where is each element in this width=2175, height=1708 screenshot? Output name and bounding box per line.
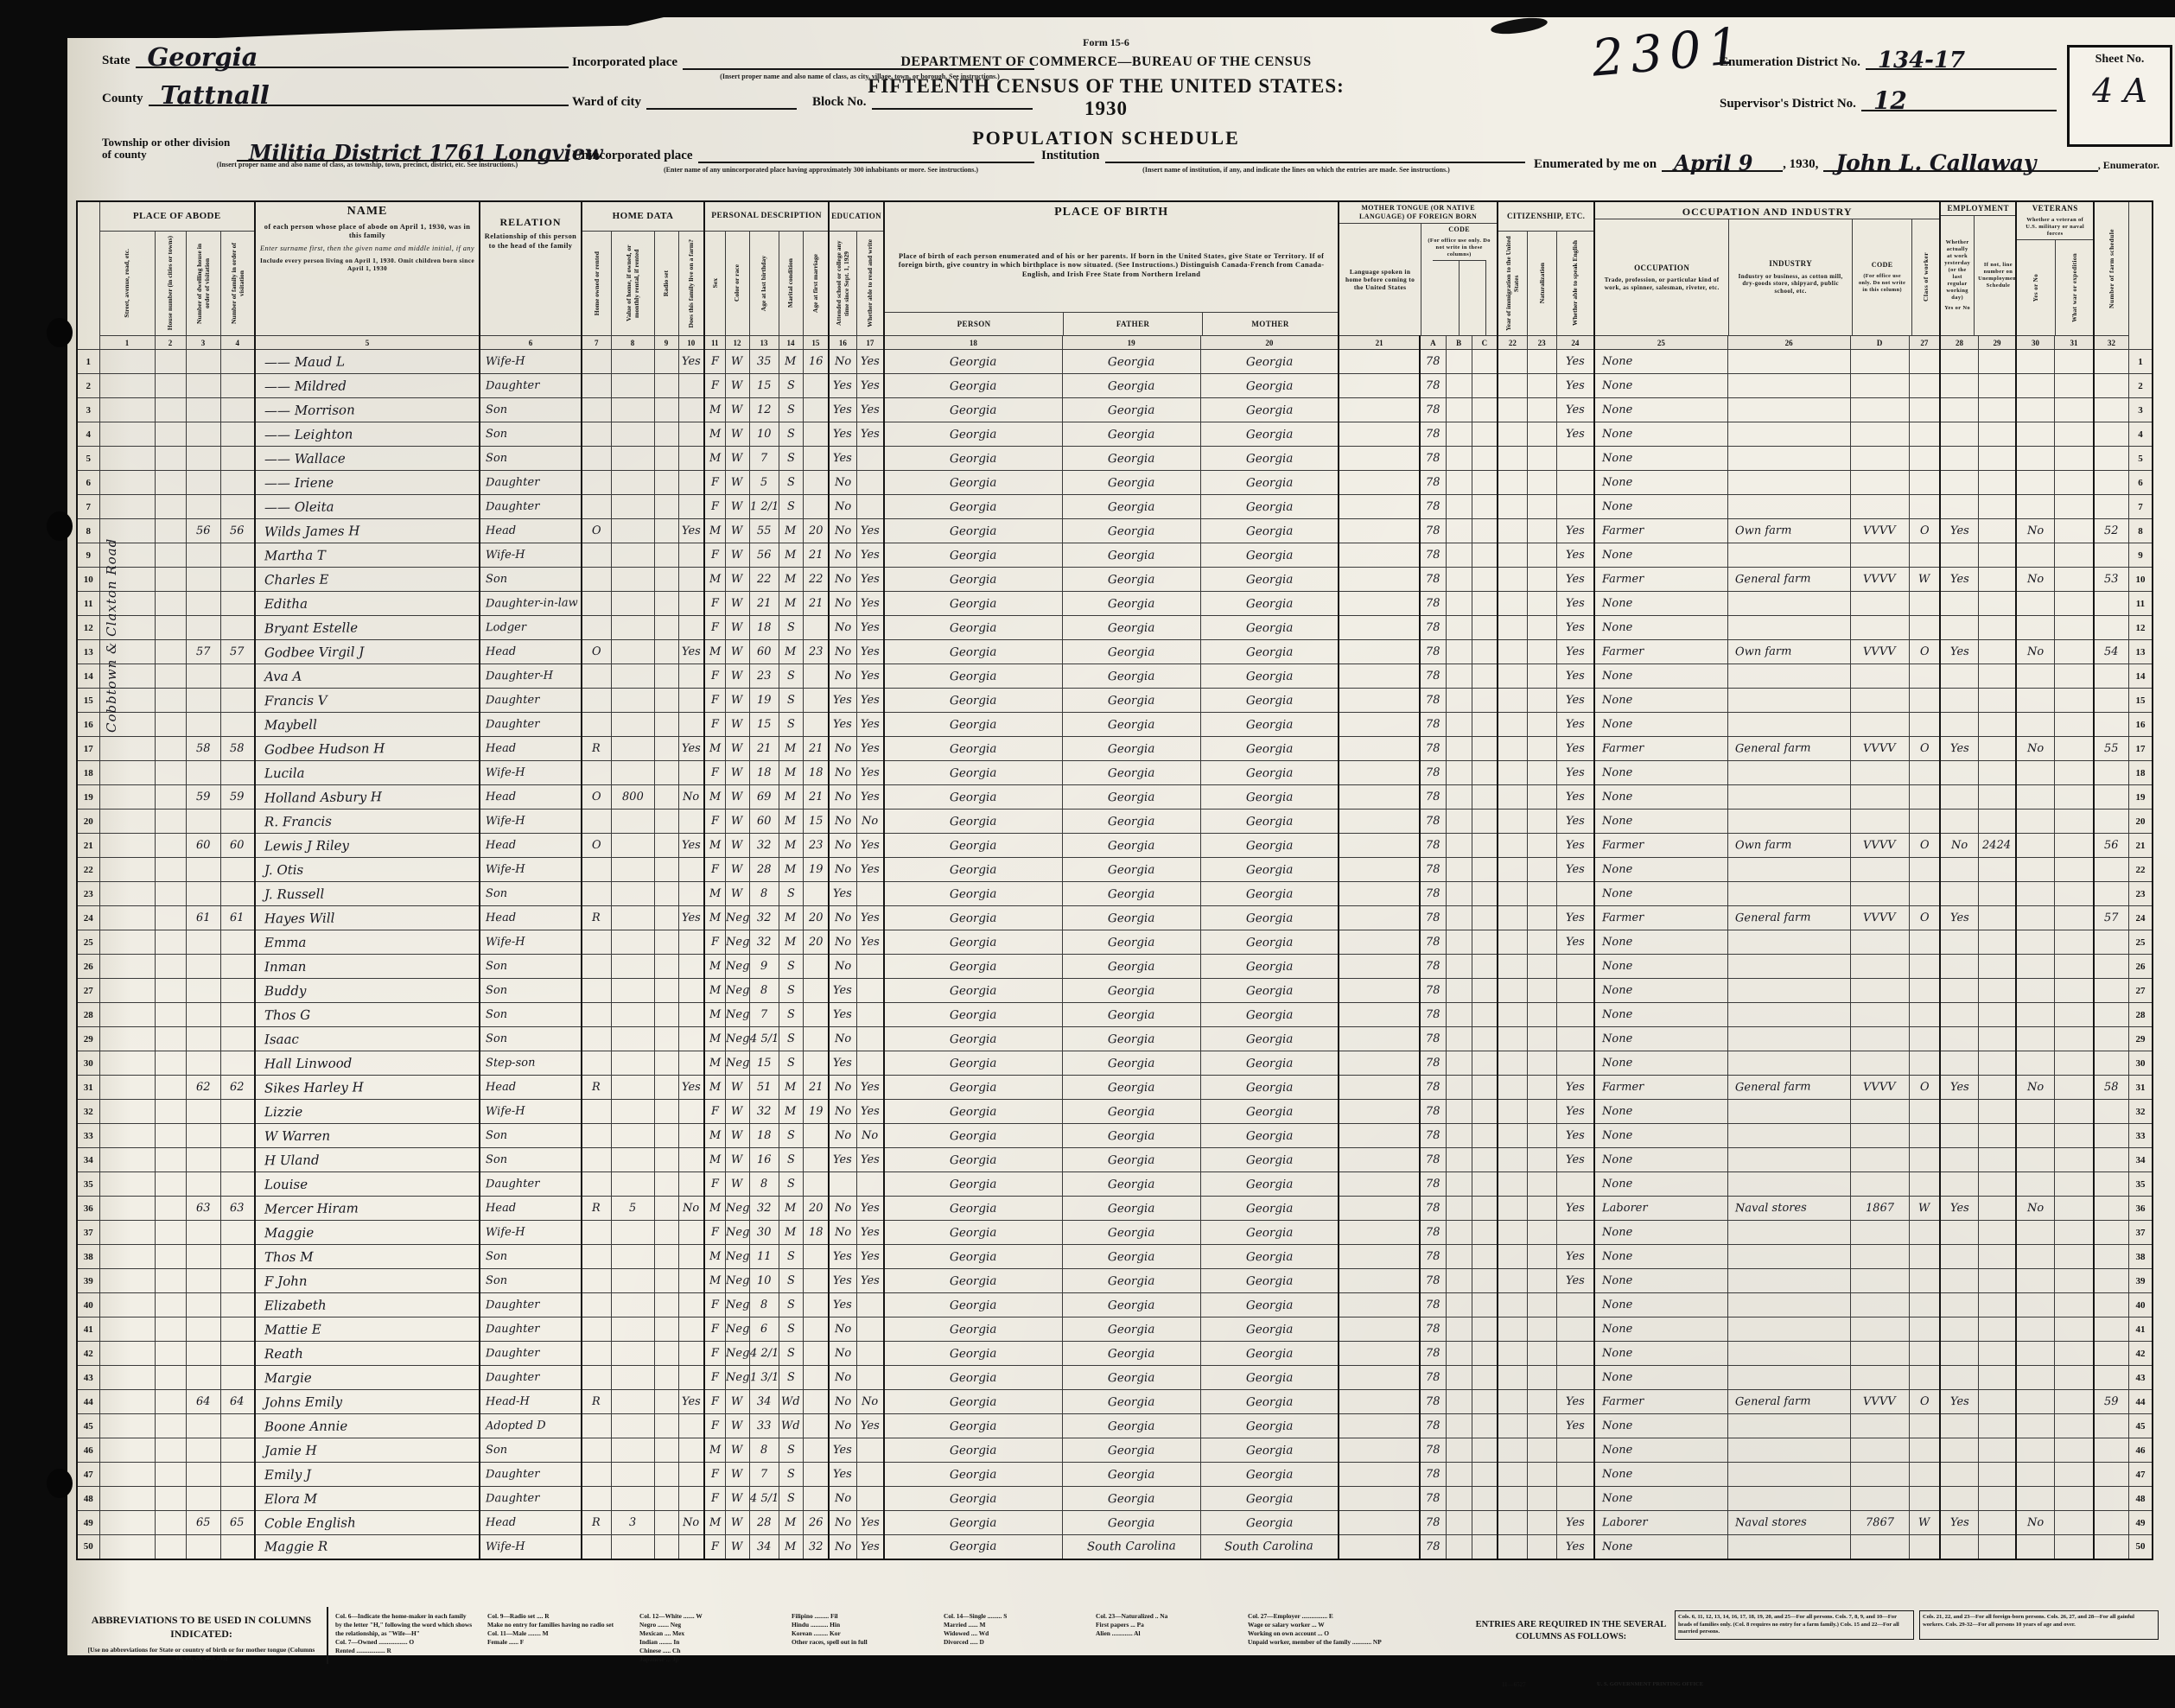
cell-code: VVVV bbox=[1850, 519, 1909, 543]
handwritten-entry: 78 bbox=[1426, 694, 1440, 707]
cell-eng: Yes bbox=[1556, 374, 1594, 398]
cell-pf: Georgia bbox=[1062, 1438, 1200, 1463]
abbreviation-line: Working on own account ... O bbox=[1248, 1629, 1386, 1638]
cell-age: 1 3/12 bbox=[749, 1366, 779, 1390]
cell-rw bbox=[856, 495, 884, 519]
handwritten-entry: 21 bbox=[808, 597, 823, 610]
cell-pb: Georgia bbox=[884, 882, 1062, 906]
handwritten-entry: Boone Annie bbox=[264, 1418, 347, 1434]
cell-sch: No bbox=[829, 1027, 856, 1051]
cell-pf: Georgia bbox=[1062, 955, 1200, 979]
cell-sch: No bbox=[829, 858, 856, 882]
cell-age: 4 5/12 bbox=[749, 1487, 779, 1511]
line-number-right: 47 bbox=[2128, 1463, 2153, 1487]
cell-race: W bbox=[725, 1124, 749, 1148]
cell-fa bbox=[220, 1293, 255, 1318]
table-row: 12Bryant EstelleLodgerFW18SNoYesGeorgiaG… bbox=[77, 616, 2153, 640]
cell-v2 bbox=[2054, 495, 2094, 519]
cell-v2 bbox=[2054, 761, 2094, 785]
cell-pm: Georgia bbox=[1200, 495, 1339, 519]
cell-v2 bbox=[2054, 1003, 2094, 1027]
cell-race: Neg bbox=[725, 1293, 749, 1318]
handwritten-entry: Neg bbox=[725, 911, 749, 924]
handwritten-entry: Georgia bbox=[1108, 838, 1155, 853]
handwritten-entry: —— Oleita bbox=[264, 498, 334, 515]
cell-fa bbox=[220, 858, 255, 882]
cell-ind: Own farm bbox=[1727, 640, 1850, 664]
cell-ind bbox=[1727, 1438, 1850, 1463]
cell-e2 bbox=[1978, 1027, 2016, 1051]
cell-own bbox=[582, 1051, 611, 1076]
farm-schedule-header: Number of farm schedule bbox=[2094, 201, 2128, 336]
cell-agm bbox=[803, 422, 829, 447]
cell-fa bbox=[220, 1003, 255, 1027]
cell-cc bbox=[1472, 350, 1498, 374]
cell-pm: Georgia bbox=[1200, 568, 1339, 592]
cell-hn bbox=[155, 955, 186, 979]
cell-nat bbox=[1527, 1003, 1556, 1027]
cell-age: 15 bbox=[749, 1051, 779, 1076]
cell-nat bbox=[1527, 640, 1556, 664]
cell-e2 bbox=[1978, 1438, 2016, 1463]
cell-ind: General farm bbox=[1727, 737, 1850, 761]
handwritten-entry: M bbox=[785, 766, 796, 779]
cell-cls bbox=[1909, 422, 1940, 447]
cell-race: Neg bbox=[725, 979, 749, 1003]
cell-ind bbox=[1727, 713, 1850, 737]
handwritten-entry: General farm bbox=[1735, 742, 1811, 756]
cell-lang bbox=[1339, 1197, 1420, 1221]
cell-pf: Georgia bbox=[1062, 543, 1200, 568]
handwritten-entry: Wife-H bbox=[486, 355, 525, 368]
cell-race: W bbox=[725, 1535, 749, 1559]
cell-pm: Georgia bbox=[1200, 1003, 1339, 1027]
cell-agm: 20 bbox=[803, 519, 829, 543]
handwritten-entry: Yes bbox=[861, 1250, 880, 1263]
handwritten-entry: Georgia bbox=[950, 1467, 997, 1482]
handwritten-entry: 61 bbox=[230, 911, 245, 924]
handwritten-entry: W bbox=[731, 670, 743, 683]
handwritten-entry: None bbox=[1602, 1540, 1632, 1553]
cell-rad bbox=[654, 1463, 678, 1487]
cell-code bbox=[1850, 1221, 1909, 1245]
cell-val bbox=[611, 1318, 654, 1342]
cell-e1: Yes bbox=[1940, 906, 1978, 930]
cell-cc bbox=[1472, 1269, 1498, 1293]
line-number-right: 11 bbox=[2128, 592, 2153, 616]
handwritten-entry: None bbox=[1602, 452, 1632, 465]
cell-cls bbox=[1909, 350, 1940, 374]
cell-ca: 78 bbox=[1420, 422, 1446, 447]
cell-v1 bbox=[2016, 1100, 2054, 1124]
cell-cls: W bbox=[1909, 1511, 1940, 1535]
cell-rad bbox=[654, 1535, 678, 1559]
line-number-left: 10 bbox=[77, 568, 99, 592]
cell-own bbox=[582, 1148, 611, 1172]
cell-sch: No bbox=[829, 350, 856, 374]
table-row: 2—— MildredDaughterFW15SYesYesGeorgiaGeo… bbox=[77, 374, 2153, 398]
handwritten-entry: No bbox=[835, 742, 851, 755]
line-number-left: 32 bbox=[77, 1100, 99, 1124]
table-row: 14Ava ADaughter-HFW23SNoYesGeorgiaGeorgi… bbox=[77, 664, 2153, 689]
cell-cls bbox=[1909, 1051, 1940, 1076]
cell-age: 69 bbox=[749, 785, 779, 810]
handwritten-entry: 78 bbox=[1426, 670, 1440, 683]
handwritten-entry: 59 bbox=[230, 791, 245, 803]
cell-agm bbox=[803, 664, 829, 689]
line-number-left: 36 bbox=[77, 1197, 99, 1221]
cell-age: 7 bbox=[749, 447, 779, 471]
cell-rad bbox=[654, 810, 678, 834]
cell-lang bbox=[1339, 1366, 1420, 1390]
handwritten-entry: No bbox=[835, 573, 851, 586]
cell-lang bbox=[1339, 543, 1420, 568]
line-number-left: 2 bbox=[77, 374, 99, 398]
handwritten-entry: 78 bbox=[1426, 1105, 1440, 1118]
cell-cls: O bbox=[1909, 737, 1940, 761]
cell-lang bbox=[1339, 374, 1420, 398]
table-row: 30Hall LinwoodStep-sonMNeg15SYesGeorgiaG… bbox=[77, 1051, 2153, 1076]
cell-nat bbox=[1527, 1414, 1556, 1438]
cell-cb bbox=[1446, 543, 1472, 568]
cell-e1 bbox=[1940, 495, 1978, 519]
table-row: 45Boone AnnieAdopted DFW33WdNoYesGeorgia… bbox=[77, 1414, 2153, 1438]
handwritten-entry: Georgia bbox=[1246, 354, 1294, 369]
cell-cb bbox=[1446, 1390, 1472, 1414]
cell-fa bbox=[220, 495, 255, 519]
cell-rel: Son bbox=[480, 979, 582, 1003]
handwritten-entry: Georgia bbox=[950, 1177, 997, 1191]
hole-punch bbox=[47, 511, 73, 541]
cell-ca: 78 bbox=[1420, 471, 1446, 495]
handwritten-entry: S bbox=[787, 1492, 795, 1505]
cell-cb bbox=[1446, 1366, 1472, 1390]
cell-rad bbox=[654, 447, 678, 471]
abbreviation-line: Col. 11—Male ........ M bbox=[487, 1629, 626, 1638]
cell-mar: M bbox=[779, 1535, 803, 1559]
cell-pf: Georgia bbox=[1062, 713, 1200, 737]
handwritten-entry: None bbox=[1602, 1371, 1632, 1384]
handwritten-entry: Yes bbox=[833, 1274, 852, 1287]
cell-v2 bbox=[2054, 1366, 2094, 1390]
handwritten-entry: 78 bbox=[1426, 815, 1440, 828]
cell-cc bbox=[1472, 930, 1498, 955]
cell-pm: Georgia bbox=[1200, 1076, 1339, 1100]
handwritten-entry: W bbox=[731, 1395, 743, 1408]
cell-age: 18 bbox=[749, 1124, 779, 1148]
cell-age: 60 bbox=[749, 810, 779, 834]
cell-farm bbox=[678, 1293, 704, 1318]
handwritten-entry: Georgia bbox=[1108, 1515, 1155, 1530]
cell-occ: Laborer bbox=[1594, 1197, 1727, 1221]
group-employment: EMPLOYMENT Whether actually at work yest… bbox=[1940, 201, 2016, 336]
handwritten-entry: Georgia bbox=[1108, 620, 1155, 635]
line-number-left: 43 bbox=[77, 1366, 99, 1390]
cell-own bbox=[582, 858, 611, 882]
column-number: 32 bbox=[2094, 336, 2128, 350]
handwritten-entry: 16 bbox=[808, 355, 823, 368]
cell-v1: No bbox=[2016, 1076, 2054, 1100]
handwritten-entry: W bbox=[731, 355, 743, 368]
cell-dw: 65 bbox=[186, 1511, 220, 1535]
line-number-header-right bbox=[2128, 201, 2153, 350]
cell-rw: Yes bbox=[856, 519, 884, 543]
handwritten-entry: Georgia bbox=[1108, 1467, 1155, 1482]
form-number: Form 15-6 bbox=[847, 36, 1365, 49]
handwritten-entry: M bbox=[709, 1250, 721, 1263]
cell-fs bbox=[2094, 1414, 2128, 1438]
cell-rw: Yes bbox=[856, 785, 884, 810]
handwritten-entry: M bbox=[785, 815, 796, 828]
handwritten-entry: Georgia bbox=[950, 1394, 997, 1409]
handwritten-entry: Yes bbox=[861, 766, 880, 779]
handwritten-entry: Wife-H bbox=[486, 549, 525, 562]
cell-race: W bbox=[725, 447, 749, 471]
table-row: 7—— OleitaDaughterFW1 2/12SNoGeorgiaGeor… bbox=[77, 495, 2153, 519]
handwritten-entry: Georgia bbox=[950, 499, 997, 514]
table-row: 4—— LeightonSonMW10SYesYesGeorgiaGeorgia… bbox=[77, 422, 2153, 447]
cell-fa bbox=[220, 713, 255, 737]
handwritten-entry: 23 bbox=[808, 645, 823, 658]
handwritten-entry: No bbox=[835, 960, 851, 973]
cell-agm bbox=[803, 1293, 829, 1318]
cell-race: W bbox=[725, 640, 749, 664]
handwritten-entry: 78 bbox=[1426, 1226, 1440, 1239]
cell-code bbox=[1850, 471, 1909, 495]
line-number-right: 20 bbox=[2128, 810, 2153, 834]
cell-dw bbox=[186, 713, 220, 737]
handwritten-entry: None bbox=[1602, 621, 1632, 634]
cell-farm bbox=[678, 1438, 704, 1463]
supervisor-district-field: Supervisor's District No. 12 bbox=[1720, 97, 2057, 111]
cell-fa bbox=[220, 422, 255, 447]
handwritten-entry: Yes bbox=[1566, 766, 1585, 779]
cell-occ: None bbox=[1594, 689, 1727, 713]
line-number-left: 11 bbox=[77, 592, 99, 616]
cell-eng: Yes bbox=[1556, 1269, 1594, 1293]
handwritten-entry: VVVV bbox=[1863, 1395, 1896, 1408]
cell-nat bbox=[1527, 592, 1556, 616]
table-row: 43MargieDaughterFNeg1 3/12SNoGeorgiaGeor… bbox=[77, 1366, 2153, 1390]
cell-rw: Yes bbox=[856, 568, 884, 592]
county-field: County Tattnall bbox=[102, 92, 569, 106]
handwritten-entry: Georgia bbox=[1108, 959, 1155, 974]
handwritten-entry: Yes bbox=[682, 742, 701, 755]
handwritten-entry: No bbox=[2027, 742, 2044, 755]
handwritten-entry: 8 bbox=[760, 1178, 767, 1191]
cell-rel: Wife-H bbox=[480, 1535, 582, 1559]
handwritten-entry: 65 bbox=[230, 1516, 245, 1529]
table-row: 26InmanSonMNeg9SNoGeorgiaGeorgiaGeorgia7… bbox=[77, 955, 2153, 979]
cell-hn bbox=[155, 761, 186, 785]
cell-occ: None bbox=[1594, 350, 1727, 374]
cell-dw bbox=[186, 1269, 220, 1293]
table-row: 33W WarrenSonMW18SNoNoGeorgiaGeorgiaGeor… bbox=[77, 1124, 2153, 1148]
cell-pm: Georgia bbox=[1200, 1293, 1339, 1318]
handwritten-entry: 78 bbox=[1426, 1202, 1440, 1215]
cell-nat bbox=[1527, 1511, 1556, 1535]
cell-val bbox=[611, 1221, 654, 1245]
cell-nat bbox=[1527, 1172, 1556, 1197]
handwritten-entry: Neg bbox=[725, 1202, 749, 1215]
column-number: 9 bbox=[654, 336, 678, 350]
column-number: 18 bbox=[884, 336, 1062, 350]
cell-e1 bbox=[1940, 543, 1978, 568]
line-number-left: 1 bbox=[77, 350, 99, 374]
cell-ca: 78 bbox=[1420, 713, 1446, 737]
table-body: 1—— Maud LWife-HYesFW35M16NoYesGeorgiaGe… bbox=[77, 350, 2153, 1559]
cell-cb bbox=[1446, 1100, 1472, 1124]
handwritten-entry: 57 bbox=[2104, 911, 2119, 924]
cell-dw bbox=[186, 1318, 220, 1342]
cell-st bbox=[99, 1197, 155, 1221]
handwritten-entry: Yes bbox=[682, 839, 701, 852]
cell-v2 bbox=[2054, 882, 2094, 906]
handwritten-entry: Wife-H bbox=[486, 1105, 525, 1118]
cell-ca: 78 bbox=[1420, 568, 1446, 592]
cell-sex: M bbox=[704, 1269, 725, 1293]
cell-fa bbox=[220, 398, 255, 422]
handwritten-entry: S bbox=[787, 1153, 795, 1166]
cell-code bbox=[1850, 1414, 1909, 1438]
handwritten-entry: General farm bbox=[1735, 911, 1811, 925]
cell-rw bbox=[856, 1438, 884, 1463]
handwritten-entry: W bbox=[731, 428, 743, 441]
cell-fs: 58 bbox=[2094, 1076, 2128, 1100]
cell-cb bbox=[1446, 640, 1472, 664]
cell-name: Mercer Hiram bbox=[255, 1197, 480, 1221]
cell-sex: F bbox=[704, 1487, 725, 1511]
cell-hn bbox=[155, 785, 186, 810]
cell-v2 bbox=[2054, 640, 2094, 664]
cell-mar: M bbox=[779, 543, 803, 568]
handwritten-entry: None bbox=[1602, 1468, 1632, 1481]
handwritten-entry: None bbox=[1602, 1419, 1632, 1432]
cell-v2 bbox=[2054, 471, 2094, 495]
cell-sex: M bbox=[704, 1124, 725, 1148]
cell-code: VVVV bbox=[1850, 906, 1909, 930]
line-number-right: 21 bbox=[2128, 834, 2153, 858]
handwritten-entry: Daughter bbox=[486, 500, 540, 514]
cell-rel: Wife-H bbox=[480, 350, 582, 374]
line-number-left: 21 bbox=[77, 834, 99, 858]
cell-farm bbox=[678, 689, 704, 713]
cell-rel: Son bbox=[480, 882, 582, 906]
handwritten-entry: None bbox=[1602, 355, 1632, 368]
cell-race: Neg bbox=[725, 1366, 749, 1390]
handwritten-entry: Yes bbox=[861, 1516, 880, 1529]
cell-farm: Yes bbox=[678, 640, 704, 664]
cell-race: W bbox=[725, 422, 749, 447]
cell-cc bbox=[1472, 1124, 1498, 1148]
cell-eng: Yes bbox=[1556, 737, 1594, 761]
cell-val bbox=[611, 398, 654, 422]
cell-cb bbox=[1446, 1148, 1472, 1172]
handwritten-entry: M bbox=[785, 524, 796, 537]
cell-cb bbox=[1446, 1003, 1472, 1027]
handwritten-entry: W bbox=[731, 815, 743, 828]
handwritten-entry: Georgia bbox=[1108, 1032, 1155, 1046]
cell-mar: S bbox=[779, 1172, 803, 1197]
cell-sex: F bbox=[704, 543, 725, 568]
cell-eng: Yes bbox=[1556, 664, 1594, 689]
cell-agm: 21 bbox=[803, 543, 829, 568]
cell-e1 bbox=[1940, 1221, 1978, 1245]
cell-farm bbox=[678, 1221, 704, 1245]
cell-race: Neg bbox=[725, 1318, 749, 1342]
cell-e2 bbox=[1978, 761, 2016, 785]
cell-own bbox=[582, 810, 611, 834]
dwelling-number-header: Number of dwelling house in order of vis… bbox=[186, 231, 220, 335]
handwritten-entry: M bbox=[709, 573, 721, 586]
handwritten-entry: Georgia bbox=[950, 741, 997, 756]
cell-dw bbox=[186, 1438, 220, 1463]
line-number-right: 33 bbox=[2128, 1124, 2153, 1148]
cell-pm: Georgia bbox=[1200, 616, 1339, 640]
cell-dw bbox=[186, 616, 220, 640]
cell-ca: 78 bbox=[1420, 350, 1446, 374]
column-number: 2 bbox=[155, 336, 186, 350]
cell-v1 bbox=[2016, 979, 2054, 1003]
cell-lang bbox=[1339, 979, 1420, 1003]
cell-mar: S bbox=[779, 398, 803, 422]
column-number: 27 bbox=[1909, 336, 1940, 350]
unemployment-line-header: If not, line number on Unemployment Sche… bbox=[1975, 216, 2016, 335]
handwritten-entry: 60 bbox=[196, 839, 211, 852]
handwritten-entry: 3 bbox=[629, 1516, 636, 1529]
handwritten-entry: Yes bbox=[833, 1008, 852, 1021]
line-number-left: 46 bbox=[77, 1438, 99, 1463]
cell-nat bbox=[1527, 1027, 1556, 1051]
cell-ind bbox=[1727, 616, 1850, 640]
handwritten-entry: 5 bbox=[760, 476, 767, 489]
cell-ind bbox=[1727, 858, 1850, 882]
handwritten-entry: No bbox=[835, 1371, 851, 1384]
handwritten-entry: F bbox=[711, 1468, 719, 1481]
cell-fa bbox=[220, 1100, 255, 1124]
line-number-left: 22 bbox=[77, 858, 99, 882]
cell-rad bbox=[654, 350, 678, 374]
cell-age: 4 5/12 bbox=[749, 1027, 779, 1051]
age-header: Age at last birthday bbox=[749, 231, 779, 335]
house-number-header: House number (in cities or towns) bbox=[155, 231, 186, 335]
handwritten-entry: Georgia bbox=[1246, 1515, 1294, 1530]
cell-own bbox=[582, 1318, 611, 1342]
handwritten-entry: S bbox=[787, 403, 795, 416]
handwritten-entry: Georgia bbox=[950, 1273, 997, 1288]
handwritten-entry: Louise bbox=[264, 1176, 308, 1192]
cell-agm bbox=[803, 713, 829, 737]
cell-name: Isaac bbox=[255, 1027, 480, 1051]
handwritten-entry: Yes bbox=[861, 573, 880, 586]
cell-pm: Georgia bbox=[1200, 882, 1339, 906]
cell-fa bbox=[220, 374, 255, 398]
line-number-left: 47 bbox=[77, 1463, 99, 1487]
cell-farm bbox=[678, 1027, 704, 1051]
cell-cls bbox=[1909, 930, 1940, 955]
cell-hn bbox=[155, 906, 186, 930]
handwritten-entry: M bbox=[709, 1516, 721, 1529]
column-number: 15 bbox=[803, 336, 829, 350]
handwritten-entry: Yes bbox=[861, 1153, 880, 1166]
cell-farm bbox=[678, 713, 704, 737]
cell-farm bbox=[678, 1342, 704, 1366]
cell-pb: Georgia bbox=[884, 592, 1062, 616]
cell-age: 34 bbox=[749, 1535, 779, 1559]
cell-cls bbox=[1909, 447, 1940, 471]
handwritten-entry: F bbox=[711, 718, 719, 731]
cell-pb: Georgia bbox=[884, 834, 1062, 858]
